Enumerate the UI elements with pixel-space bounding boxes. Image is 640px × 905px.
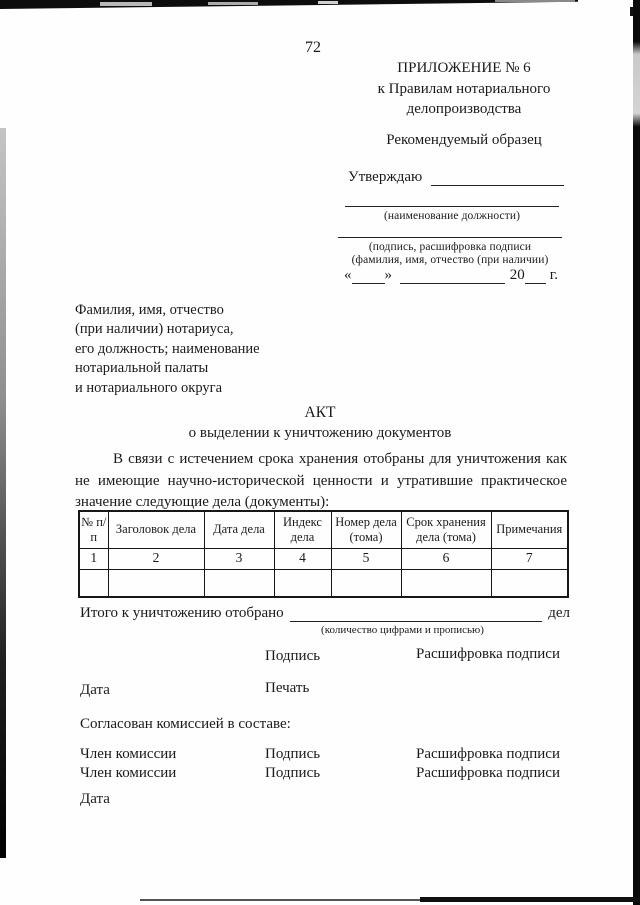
destruction-table: № п/п Заголовок дела Дата дела Индекс де… [78,510,569,598]
numbering-cell: 6 [401,548,491,569]
numbering-cell: 3 [204,548,274,569]
totals-caption: (количество цифрами и прописью) [295,624,510,636]
commission-agreed-line: Согласован комиссией в составе: [80,716,291,733]
table-header-row: № п/п Заголовок дела Дата дела Индекс де… [79,511,568,548]
scan-artifact-bottom-line [420,897,640,902]
approval-date-row: « » 20 г. [344,267,558,284]
appendix-subtitle-2: делопроизводства [358,99,570,120]
notary-info-line: нотариальной палаты [75,359,305,378]
signature-label: Подпись [265,648,320,665]
empty-cell [204,569,274,597]
scan-artifact [100,2,152,6]
empty-cell [331,569,401,597]
appendix-header: ПРИЛОЖЕНИЕ № 6 к Правилам нотариального … [358,58,570,120]
member-role: Член комиссии [80,765,176,782]
approve-row: Утверждаю [348,169,564,186]
numbering-cell: 2 [108,548,204,569]
member-signature-label: Подпись [265,765,320,782]
approve-label: Утверждаю [348,169,422,186]
position-caption: (наименование должности) [340,210,564,222]
transcript-label: Расшифровка подписи [416,646,560,663]
notary-info-line: и нотариального округа [75,379,305,398]
notary-info-block: Фамилия, имя, отчество (при наличии) нот… [75,301,305,398]
blank-line [525,269,546,284]
empty-cell [108,569,204,597]
col-header-retention: Срок хранения дела (тома) [401,511,491,548]
notary-info-line: его должность; наименование [75,340,305,359]
numbering-cell: 5 [331,548,401,569]
numbering-cell: 1 [79,548,108,569]
act-paragraph: В связи с истечением срока хранения отоб… [75,449,567,514]
scanned-document-page: 72 ПРИЛОЖЕНИЕ № 6 к Правилам нотариально… [0,0,640,905]
seal-label: Печать [265,680,309,697]
col-header-index: Индекс дела [274,511,331,548]
commission-member-row: Член комиссии Подпись Расшифровка подпис… [0,765,640,785]
scan-artifact-top-bar [0,0,578,9]
year-prefix: 20 [510,267,525,284]
scan-artifact-bottom-line [140,899,430,901]
col-header-number: Номер дела (тома) [331,511,401,548]
blank-line [400,269,505,284]
table-empty-row [79,569,568,597]
member-signature-label: Подпись [265,746,320,763]
member-transcript-label: Расшифровка подписи [416,746,560,763]
table-numbering-row: 1 2 3 4 5 6 7 [79,548,568,569]
totals-label: Итого к уничтожению отобрано [80,605,284,622]
empty-cell [274,569,331,597]
totals-suffix: дел [548,605,570,622]
signature-caption-2: (фамилия, имя, отчество (при наличии) [330,254,570,266]
close-quote: » [385,267,393,284]
col-header-date: Дата дела [204,511,274,548]
blank-line [352,269,385,284]
commission-member-row: Член комиссии Подпись Расшифровка подпис… [0,746,640,766]
member-transcript-label: Расшифровка подписи [416,765,560,782]
notary-info-line: Фамилия, имя, отчество [75,301,305,320]
col-header-num: № п/п [79,511,108,548]
blank-line [290,607,543,622]
appendix-subtitle-1: к Правилам нотариального [358,79,570,100]
notary-info-line: (при наличии) нотариуса, [75,320,305,339]
open-quote: « [344,267,352,284]
act-title: АКТ [75,404,565,422]
final-date-label: Дата [80,791,110,808]
blank-line [431,171,564,186]
empty-cell [79,569,108,597]
appendix-title: ПРИЛОЖЕНИЕ № 6 [358,58,570,79]
blank-line [345,206,559,207]
year-suffix: г. [550,267,558,284]
col-header-title: Заголовок дела [108,511,204,548]
member-role: Член комиссии [80,746,176,763]
numbering-cell: 7 [491,548,568,569]
blank-line [338,237,562,238]
sample-label: Рекомендуемый образец [358,132,570,149]
empty-cell [491,569,568,597]
empty-cell [401,569,491,597]
signature-caption-1: (подпись, расшифровка подписи [330,241,570,253]
numbering-cell: 4 [274,548,331,569]
scan-artifact [495,0,575,2]
scan-artifact [318,1,338,4]
act-subtitle: о выделении к уничтожению документов [75,425,565,442]
page-number: 72 [305,39,321,57]
totals-row: Итого к уничтожению отобрано дел [80,605,570,622]
col-header-notes: Примечания [491,511,568,548]
scan-artifact [208,2,258,5]
date-label: Дата [80,682,110,699]
